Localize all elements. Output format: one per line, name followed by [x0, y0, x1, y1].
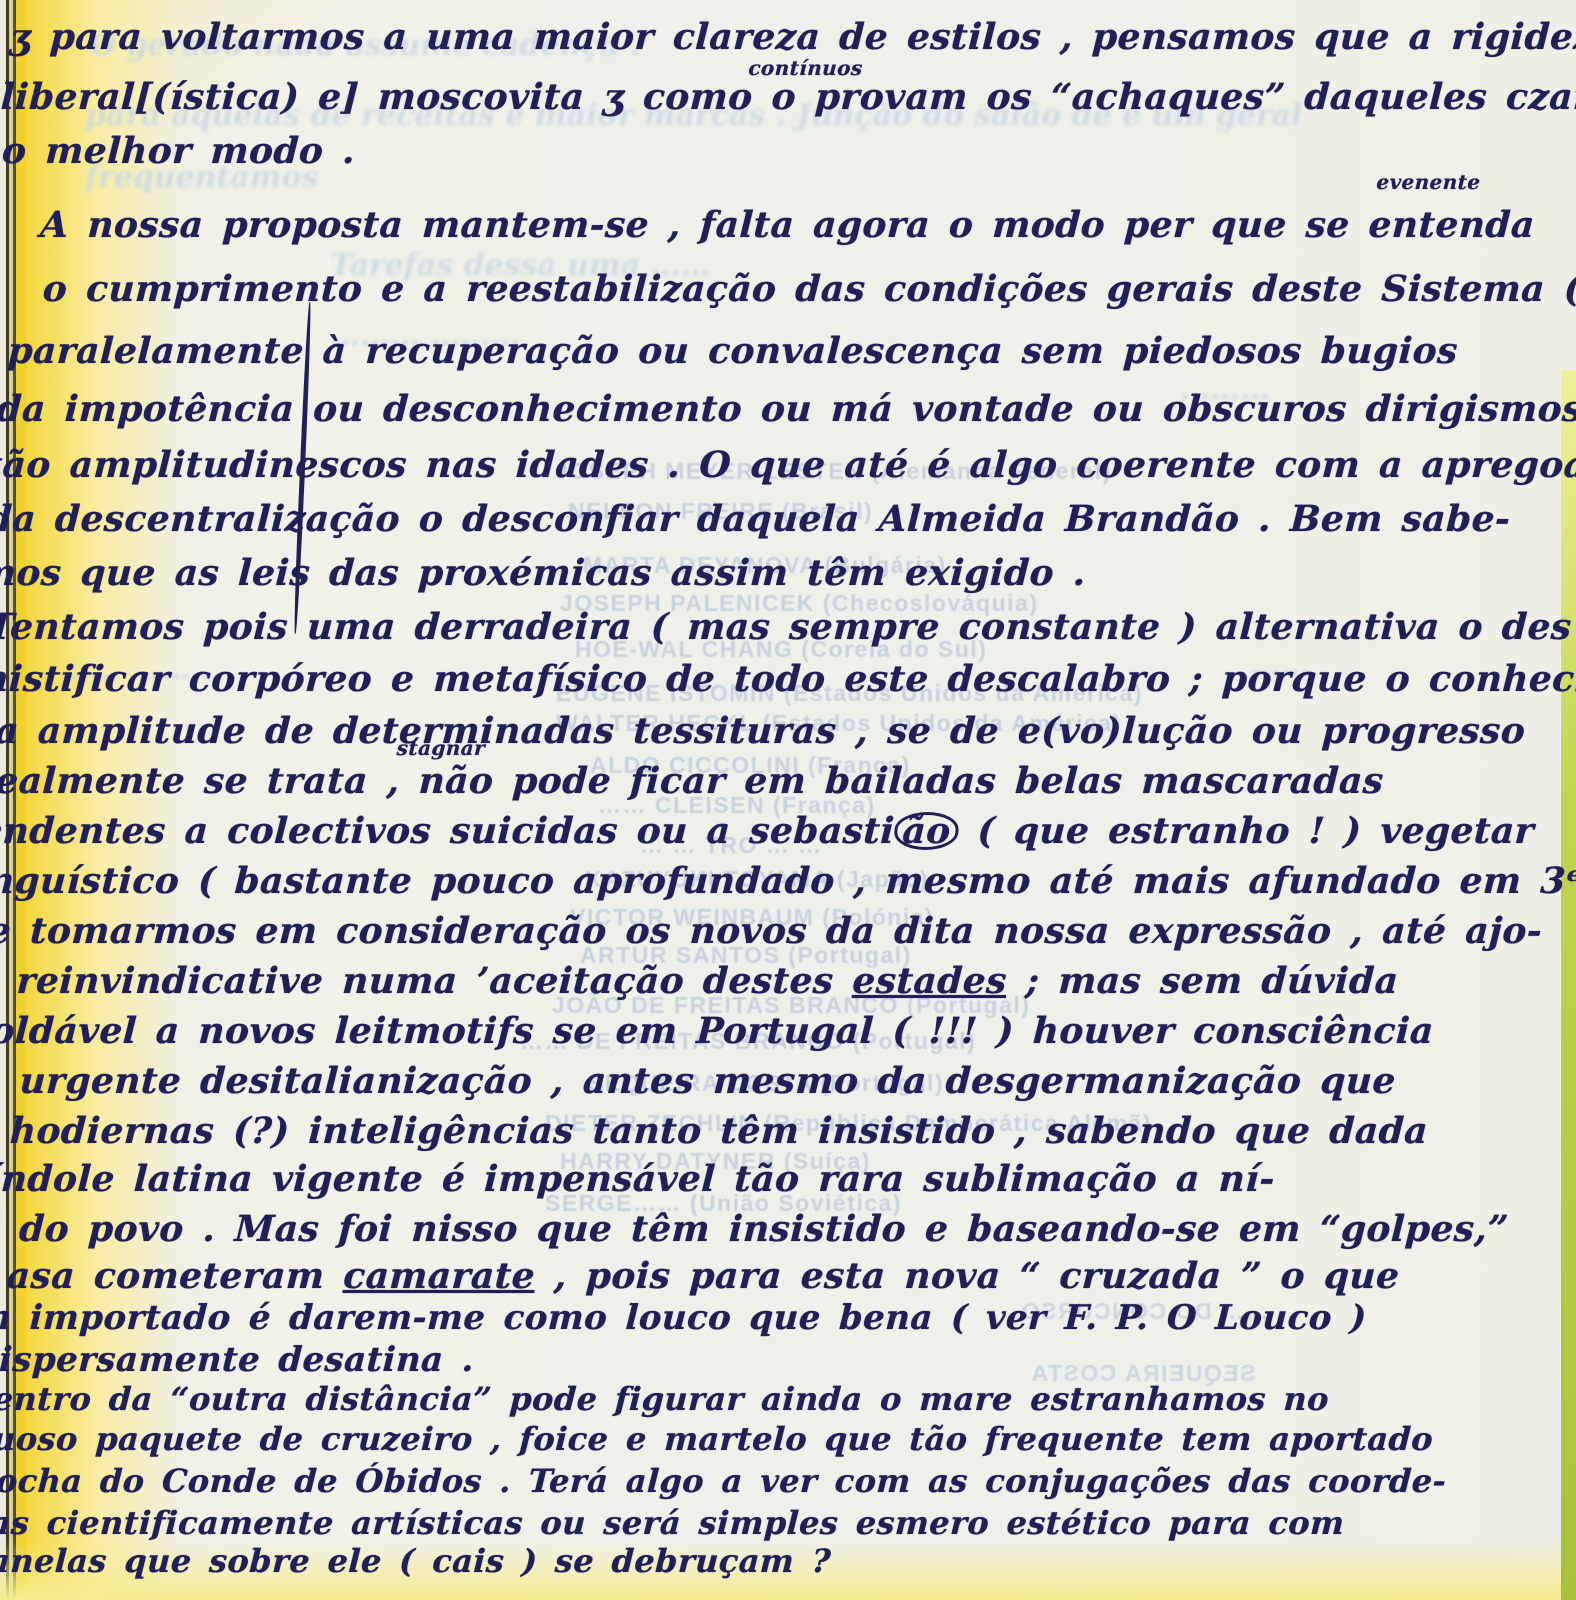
handwritten-line: stagnar	[396, 736, 486, 760]
handwritten-line: mos que as leis das proxémicas assim têm…	[0, 552, 1087, 594]
handwritten-line: a índole latina vigente é impensável tão…	[0, 1158, 1276, 1200]
text-run: tendentes a colectivos suicidas ou a seb…	[0, 810, 896, 852]
text-run: ( que estranho ! ) vegetar	[958, 810, 1536, 852]
handwritten-line: ʒ para voltarmos a uma maior clareza de …	[9, 16, 1576, 58]
handwritten-line: paralelamente à recuperação ou convalesc…	[7, 330, 1459, 372]
handwritten-line: nadas cientificamente artísticas ou será…	[0, 1504, 1345, 1542]
handwritten-line: e dispersamente desatina .	[0, 1340, 475, 1380]
handwritten-line: da urgente desitalianização , antes mesm…	[0, 1060, 1397, 1102]
handwritten-line: mistificar corpóreo e metafísico de todo…	[0, 658, 1576, 700]
handwritten-line: as janelas que sobre ele ( cais ) se deb…	[0, 1542, 832, 1580]
handwritten-line: luxuoso paquete de cruzeiro , foice e ma…	[0, 1420, 1434, 1458]
text-run: de asa cometeram	[0, 1255, 344, 1297]
handwritten-line: ra reinvindicative numa ’aceitação deste…	[0, 960, 1400, 1002]
handwritten-line: liberal[(ística) e] moscovita ʒ como o p…	[0, 76, 1576, 118]
handwritten-line: da impotência ou desconhecimento ou má v…	[0, 388, 1576, 430]
handwritten-line: linguístico ( bastante pouco aprofundado…	[0, 860, 1576, 902]
handwritten-line: Tentamos pois uma derradeira ( mas sempr…	[0, 606, 1573, 648]
emphasized-word: estades	[851, 960, 1007, 1002]
emphasized-word: ão	[893, 812, 959, 850]
handwritten-line: Realmente se trata , não pode ficar em b…	[0, 760, 1385, 802]
handwritten-line: tendentes a colectivos suicidas ou a seb…	[0, 810, 1535, 852]
handwritten-line: vel do povo . Mas foi nisso que têm insi…	[0, 1208, 1510, 1250]
handwritten-line: evenente	[1376, 170, 1481, 194]
text-run: , pois para esta nova “ cruzada ” o que	[534, 1255, 1401, 1297]
handwritten-line: Dentro da “outra distância” pode figurar…	[0, 1380, 1330, 1418]
handwritten-line: o melhor modo .	[1, 130, 356, 172]
handwritten-line: o cumprimento e a reestabilização das co…	[42, 268, 1576, 310]
emphasized-word: camarate	[342, 1255, 536, 1297]
handwritten-line: à Rocha do Conde de Óbidos . Terá algo a…	[0, 1462, 1447, 1500]
handwritten-line: A nossa proposta mantem-se , falta agora…	[39, 204, 1536, 246]
handwritten-line: tão amplitudinescos nas idades . O que a…	[0, 444, 1576, 486]
manuscript-page: JOSEPH MEYER-LESTEN (Alemanha Federal)NE…	[0, 0, 1576, 1600]
handwritten-line: tem importado é darem-me como louco que …	[0, 1298, 1368, 1338]
page-right-edge	[1561, 370, 1576, 1600]
handwritten-line: da descentralização o desconfiar daquela…	[0, 498, 1511, 540]
handwritten-line: moldável a novos leitmotifs se em Portug…	[0, 1010, 1435, 1052]
text-run: ra reinvindicative numa ’aceitação deste…	[0, 960, 854, 1002]
handwritten-line: se tomarmos em consideração os novos da …	[0, 910, 1543, 952]
handwritten-line: da amplitude de determinadas tessituras …	[0, 710, 1526, 752]
handwritten-line: de asa cometeram camarate , pois para es…	[0, 1255, 1401, 1297]
text-run: o cumprimento e a reestabilização das co…	[42, 268, 1576, 310]
text-run: ; mas sem dúvida	[1006, 960, 1400, 1002]
handwritten-text-layer: ʒ para voltarmos a uma maior clareza de …	[0, 0, 1576, 1600]
handwritten-line: as hodiernas (?) inteligências tanto têm…	[0, 1110, 1429, 1152]
